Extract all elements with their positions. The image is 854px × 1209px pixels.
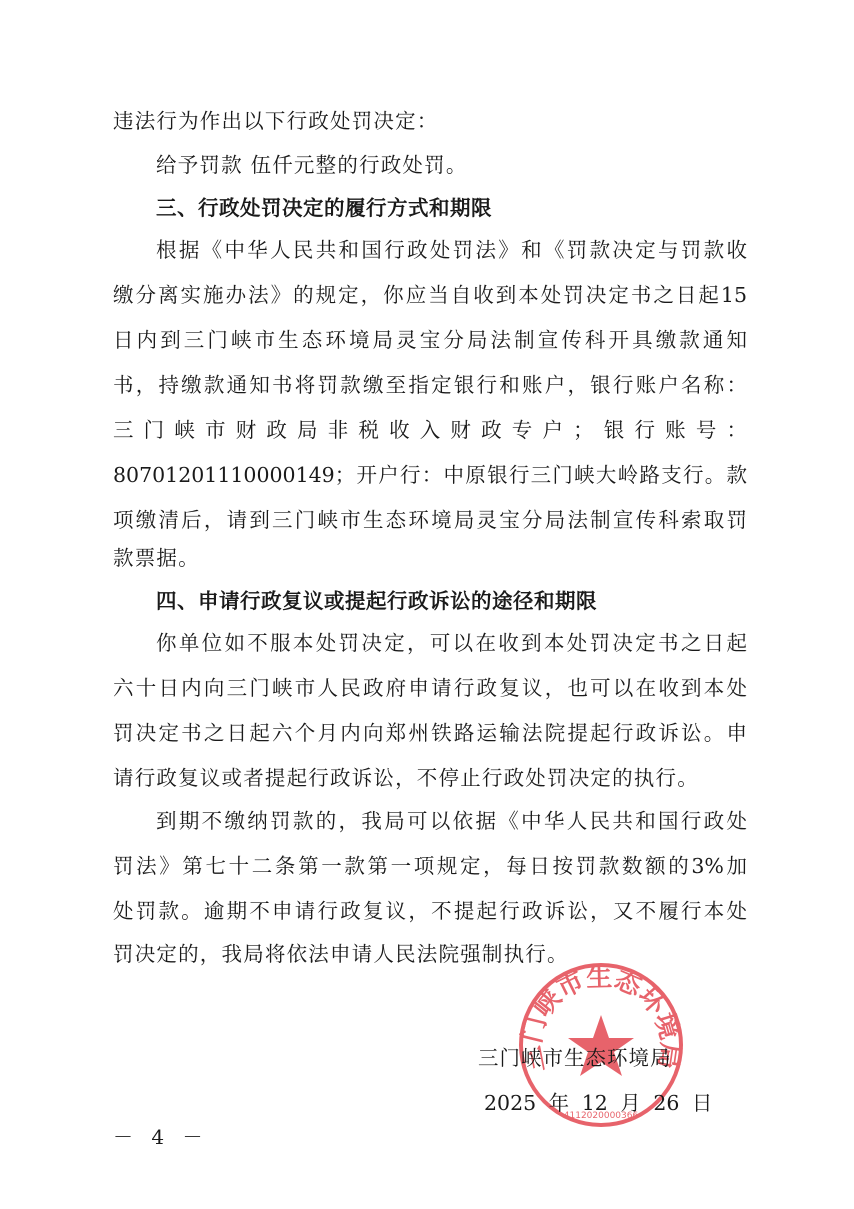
paragraph-line: 缴分离实施办法》的规定，你应当自收到本处罚决定书之日起15 bbox=[113, 280, 747, 310]
paragraph-line: 书，持缴款通知书将罚款缴至指定银行和账户，银行账户名称： bbox=[113, 370, 747, 400]
paragraph-line: 请行政复议或者提起行政诉讼，不停止行政处罚决定的执行。 bbox=[113, 763, 747, 793]
section-heading: 三、行政处罚决定的履行方式和期限 bbox=[156, 193, 747, 223]
paragraph-line: 罚法》第七十二条第一款第一项规定，每日按罚款数额的3%加 bbox=[113, 851, 747, 881]
paragraph-line: 三门峡市财政局非税收入财政专户；银行账号： bbox=[113, 415, 747, 445]
paragraph-line: 到期不缴纳罚款的，我局可以依据《中华人民共和国行政处 bbox=[156, 806, 747, 836]
paragraph-line: 六十日内向三门峡市人民政府申请行政复议，也可以在收到本处 bbox=[113, 673, 747, 703]
paragraph-line: 80701201110000149；开户行：中原银行三门峡大岭路支行。款 bbox=[113, 460, 747, 490]
paragraph-line: 给予罚款 伍仟元整的行政处罚。 bbox=[156, 150, 747, 180]
paragraph-line: 项缴清后，请到三门峡市生态环境局灵宝分局法制宣传科索取罚 bbox=[113, 505, 747, 535]
signature-org: 三门峡市生态环境局 bbox=[478, 1043, 672, 1073]
paragraph-line: 罚决定书之日起六个月内向郑州铁路运输法院提起行政诉讼。申 bbox=[113, 718, 747, 748]
paragraph-line: 违法行为作出以下行政处罚决定： bbox=[113, 106, 747, 136]
paragraph-line: 你单位如不服本处罚决定，可以在收到本处罚决定书之日起 bbox=[156, 628, 747, 658]
signature-date: 2025 年 12 月 26 日 bbox=[484, 1088, 712, 1118]
section-heading: 四、申请行政复议或提起行政诉讼的途径和期限 bbox=[156, 586, 747, 616]
document-page: 违法行为作出以下行政处罚决定：给予罚款 伍仟元整的行政处罚。三、行政处罚决定的履… bbox=[0, 0, 854, 1209]
page-number: － 4 － bbox=[113, 1122, 208, 1152]
paragraph-line: 款票据。 bbox=[113, 543, 747, 573]
paragraph-line: 根据《中华人民共和国行政处罚法》和《罚款决定与罚款收 bbox=[156, 235, 747, 265]
paragraph-line: 处罚款。逾期不申请行政复议，不提起行政诉讼，又不履行本处 bbox=[113, 896, 747, 926]
paragraph-line: 日内到三门峡市生态环境局灵宝分局法制宣传科开具缴款通知 bbox=[113, 325, 747, 355]
